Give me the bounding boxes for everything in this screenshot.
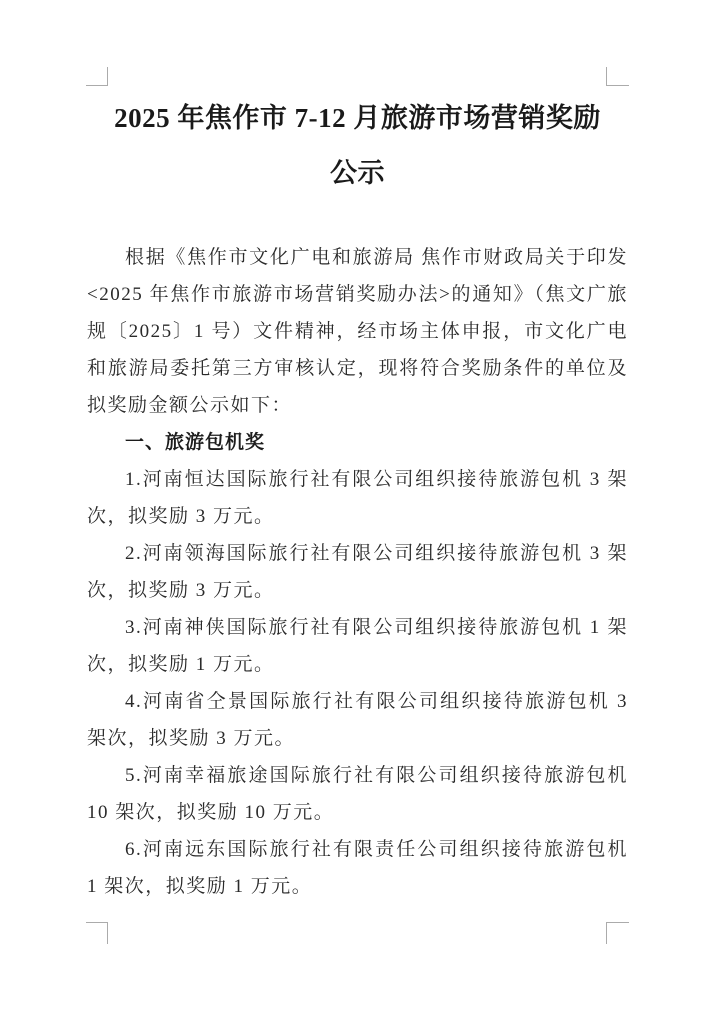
document-title: 2025 年焦作市 7-12 月旅游市场营销奖励 公示	[87, 91, 628, 201]
crop-mark-bottom-right-vertical	[606, 922, 607, 944]
crop-mark-bottom-left-vertical	[107, 922, 108, 944]
document-page: 2025 年焦作市 7-12 月旅游市场营销奖励 公示 根据《焦作市文化广电和旅…	[0, 0, 713, 1009]
document-content: 2025 年焦作市 7-12 月旅游市场营销奖励 公示 根据《焦作市文化广电和旅…	[87, 85, 628, 905]
award-item-3: 3.河南神侠国际旅行社有限公司组织接待旅游包机 1 架次，拟奖励 1 万元。	[87, 609, 628, 683]
crop-mark-top-right-vertical	[606, 67, 607, 86]
award-item-1: 1.河南恒达国际旅行社有限公司组织接待旅游包机 3 架次，拟奖励 3 万元。	[87, 461, 628, 535]
award-item-4: 4.河南省仝景国际旅行社有限公司组织接待旅游包机 3 架次，拟奖励 3 万元。	[87, 683, 628, 757]
award-item-2: 2.河南领海国际旅行社有限公司组织接待旅游包机 3 架次，拟奖励 3 万元。	[87, 535, 628, 609]
crop-mark-bottom-right-horizontal	[606, 922, 629, 923]
document-title-line-2: 公示	[87, 146, 628, 201]
section-heading-charter-flight-award: 一、旅游包机奖	[87, 424, 628, 461]
crop-mark-top-left-vertical	[107, 67, 108, 86]
crop-mark-bottom-left-horizontal	[86, 922, 108, 923]
intro-paragraph: 根据《焦作市文化广电和旅游局 焦作市财政局关于印发<2025 年焦作市旅游市场营…	[87, 239, 628, 424]
document-body: 根据《焦作市文化广电和旅游局 焦作市财政局关于印发<2025 年焦作市旅游市场营…	[87, 239, 628, 905]
award-item-5: 5.河南幸福旅途国际旅行社有限公司组织接待旅游包机 10 架次，拟奖励 10 万…	[87, 757, 628, 831]
document-title-line-1: 2025 年焦作市 7-12 月旅游市场营销奖励	[87, 91, 628, 146]
award-item-6: 6.河南远东国际旅行社有限责任公司组织接待旅游包机 1 架次，拟奖励 1 万元。	[87, 831, 628, 905]
